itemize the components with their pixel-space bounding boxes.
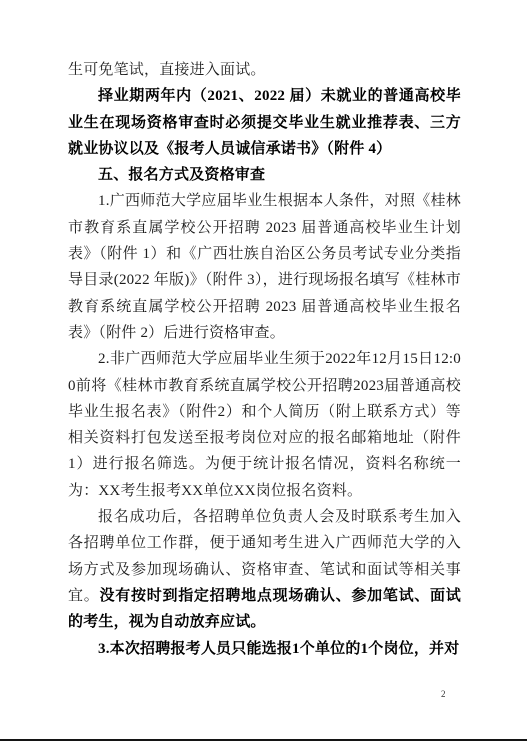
section-heading-registration-method: 五、报名方式及资格审查 bbox=[68, 162, 461, 188]
paragraph-item-1-gxnu-graduates: 1.广西师范大学应届毕业生根据本人条件，对照《桂林市教育系直属学校公开招聘 20… bbox=[68, 188, 461, 346]
bottom-border-line bbox=[0, 739, 527, 741]
paragraph-registration-success-notice: 报名成功后，各招聘单位负责人会及时联系考生加入各招聘单位工作群，便于通知考生进入… bbox=[68, 504, 461, 635]
paragraph-continuation-interview-exemption: 生可免笔试，直接进入面试。 bbox=[68, 57, 461, 83]
paragraph-text-emphasis: 没有按时到指定招聘地点现场确认、参加笔试、面试的考生，视为自动放弃应试。 bbox=[68, 588, 461, 630]
document-body: 生可免笔试，直接进入面试。 择业期两年内（2021、2022 届）未就业的普通高… bbox=[68, 57, 461, 662]
paragraph-unemployed-graduates-requirement: 择业期两年内（2021、2022 届）未就业的普通高校毕业生在现场资格审查时必须… bbox=[68, 83, 461, 162]
document-page: 生可免笔试，直接进入面试。 择业期两年内（2021、2022 届）未就业的普通高… bbox=[0, 0, 527, 745]
paragraph-item-3-single-position-rule: 3.本次招聘报考人员只能选报1个单位的1个岗位，并对 bbox=[68, 636, 461, 662]
paragraph-item-2-non-gxnu-graduates: 2.非广西师范大学应届毕业生须于2022年12月15日12:00前将《桂林市教育… bbox=[68, 346, 461, 504]
page-number: 2 bbox=[441, 689, 446, 699]
